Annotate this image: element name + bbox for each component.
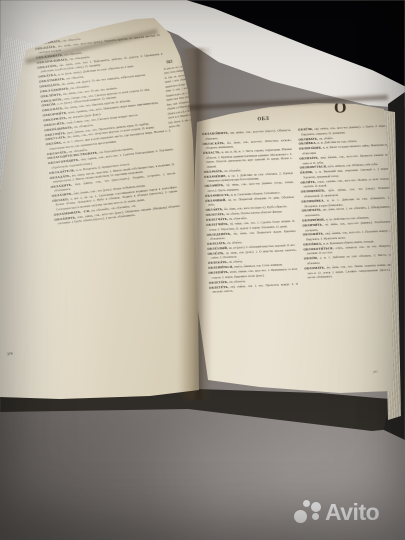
- entry-headword: ОБЛИВА́ТЬ,: [298, 136, 318, 141]
- dictionary-entry: ОБЛАДА́ТЕЛЬ, я, м. Владелец. О. прекрасн…: [49, 157, 175, 175]
- entry-body: а́ю, а́ешь, сов., кого-что (прост.). Гру…: [223, 204, 287, 211]
- dictionary-entry: ОБЛОЖИ́ТЬ, ожу́, о́жишь, сов., кого-что.…: [303, 229, 392, 242]
- entry-body: зу, зешь, сов. (разг.). 1. О шерсти, кра…: [211, 248, 297, 260]
- right-page-column-2: ОБЛЕ́ЧЬ, еку́, ечёшь, сов., кого-что (кн…: [298, 124, 394, 291]
- entry-body: см. благоде́тельствовать.: [98, 147, 134, 155]
- dictionary-entry: ОБКА́ТКА, и, ж. (нов. спец.). Действие п…: [38, 61, 164, 79]
- dictionary-entry: ОБЛЕНИ́ТЬСЯ, еню́сь, е́нишься, сов. Стат…: [208, 262, 297, 271]
- entry-headword: ОБКОРНА́ТЬ,: [43, 116, 67, 123]
- avito-logo-icon: [294, 499, 322, 526]
- entry-headword: ОБКЛА́ДЫВАТЬ,: [40, 86, 70, 93]
- entry-body: урю́, у́ришь, сов., что. Прокоптить дымо…: [66, 121, 149, 134]
- entry-body: я, ср. Действие по глаг. обличить.: [325, 215, 369, 221]
- dictionary-entry: ОБЛЕТА́ТЬ, см. облете́ть.: [209, 277, 298, 286]
- entry-body: а, мн. а́, о́в, ср. 1. Скопление сгустив…: [55, 185, 178, 212]
- page-number-left: 376: [7, 352, 13, 357]
- entry-headword: ОБЛИ́ВКА,: [299, 141, 317, 146]
- entry-headword: ОБКРА́ДЫВАТЬ,: [44, 125, 73, 132]
- entry-headword: ОБЛЕ́ЧЬ,: [298, 127, 314, 132]
- dictionary-entry: ОБЛИЧИ́ТЬ, чу́, чи́шь, сов., кого-что (к…: [302, 219, 391, 232]
- entry-body: см. обложи́ть.: [69, 84, 90, 90]
- entry-headword: ОБЛАГА́ТЬ,: [47, 150, 68, 156]
- entry-body: см. обкорми́ть.: [68, 55, 90, 61]
- entry-body: и, ж. (нов. спец.). Действие по глаг. об…: [57, 64, 134, 77]
- entry-headword: ОБЛОКОТИ́ТЬСЯ,: [303, 246, 333, 251]
- dictionary-entry: ОБЛА́ПИТЬ, плю, пишь, сов., кого-что (ра…: [54, 203, 180, 226]
- entry-headword: ОБЛАДА́ТЕЛЬ,: [49, 168, 76, 175]
- entry-headword: ОБЛАГОРО́ДИТЬ,: [48, 158, 80, 166]
- dictionary-entry: ОБКЛЕ́ИТЬ, е́ю, е́ишь, сов., что. То же,…: [40, 80, 166, 98]
- dictionary-entry: ОБЛЕГЧА́ТЬ, см. облегчи́ть.: [206, 214, 295, 223]
- entry-body: о́жу, о́дишь, сов., кого-что. 1. Сделать…: [51, 147, 173, 169]
- entry-body: очу́сь, о́тишься, сов., на что. Оперетьс…: [307, 243, 393, 255]
- dictionary-entry: ОБЛАСКА́ТЬ, а́ю, а́ешь, сов., кого-что. …: [202, 137, 291, 150]
- dictionary-entry: ОБЛИ́ВКА, и, ж. Действие по глаг. облить…: [299, 138, 388, 147]
- dictionary-entry: О́БЛАЧНОСТЬ, и, ж. Скопление облаков. Сп…: [205, 190, 294, 199]
- entry-body: а́ю, а́ешь, сов. (разг.). То же, что зак…: [61, 73, 146, 86]
- entry-headword: ОБЛИ́ТЬ,: [300, 180, 316, 185]
- entry-body: олю́, о́лешь, сов., что. Сколоть кругом,…: [63, 87, 150, 101]
- entry-body: ы, ж. 1. Охота, при к-рой окружают место…: [49, 129, 171, 151]
- entry-headword: ОБЛАДА́ТЬ,: [49, 173, 71, 179]
- entry-body: а́ю, а́ешь, сов., кого-что. Отнестись ла…: [206, 137, 292, 149]
- entry-headword: ОБКА́ТКА,: [38, 73, 57, 79]
- avito-wordmark: Avito: [325, 501, 379, 524]
- dictionary-entry: ОБЛИЧЕ́НИЕ, я, ср. Действие по глаг. обл…: [302, 214, 391, 223]
- entry-body: см. облете́ть.: [228, 279, 246, 284]
- entry-body: а́ю, а́ешь, сов., что. Откусить кругом, …: [66, 125, 154, 139]
- entry-body: см. обли́ть.: [318, 136, 333, 141]
- dictionary-entry: ОБЛИЦЕВА́ТЬ, цу́ю, цу́ешь, сов., что (сп…: [301, 186, 390, 199]
- entry-body: ая, ое (разг.). С облезшей шерстью, крас…: [228, 243, 295, 250]
- dictionary-entry: ОБКО́М, а, м. (нов.). Областной комитет.…: [41, 90, 167, 108]
- entry-body: а, м. (нов.). Областной комитет. О. парт…: [56, 95, 117, 106]
- entry-headword: ОБЛИЧЕ́НИЕ,: [302, 217, 325, 222]
- dictionary-entry: ОБКИДА́ТЬ, а́ю, а́ешь, сов. (разг.). То …: [39, 71, 165, 89]
- dictionary-entry: ОБКОСИ́ТЬ, ошу́, о́сишь, сов., что. Скос…: [43, 109, 169, 127]
- entry-headword: О́БЛИК,: [300, 170, 314, 175]
- dictionary-entry: ОБЛАГА́ТЬ, см. обложи́ть.: [47, 138, 173, 156]
- entry-headword: ОБЛОМА́ТЬ,: [304, 265, 325, 270]
- entry-body: а, м. Внешний вид, очертание. Светлый о.…: [303, 167, 389, 179]
- dictionary-entry: ОБЛИЧА́ТЬ, а́ю, а́ешь, несов. 1. см. обл…: [302, 205, 391, 218]
- dictionary-entry: ОБЛАДА́ТЬ, а́ю, а́ешь, несов., кем-чем. …: [49, 162, 175, 185]
- dictionary-entry: ОБЛАЧИ́ТЬ, чу́, чи́шь, сов., кого-что (к…: [204, 180, 293, 193]
- dictionary-entry: ОБЛО́ЖКА, и, ж. Бумажная обёртка книги, …: [303, 238, 392, 247]
- dictionary-entry: ОБЛО́М, а, м. 1. Действие по глаг. облом…: [304, 253, 393, 266]
- entry-body: плю, пишь, сов., кого-что (разг.). Обхва…: [58, 203, 180, 225]
- dictionary-entry: ОБЛАГОРО́ДИТЬ, о́жу, о́дишь, сов., кого-…: [48, 147, 174, 170]
- entry-body: см. обле́зть.: [226, 240, 242, 245]
- dictionary-entry: ОБЛОКОТИ́ТЬСЯ, очу́сь, о́тишься, сов., н…: [303, 243, 392, 256]
- dictionary-entry: О́БЛАКО, а, мн. а́, о́в, ср. 1. Скоплени…: [52, 185, 179, 212]
- entry-body: см. облома́ть, -ся, обломи́ть, -ся.: [90, 203, 136, 212]
- entry-headword: ОБКОЛО́ТЬ,: [41, 97, 63, 103]
- entry-body: а́ю, а́ешь, сов., что. Ломая, отделить к…: [307, 262, 393, 279]
- entry-body: см. корна́ть (разг. фам.).: [67, 112, 101, 120]
- entry-body: чу́, чи́шь, сов., кого-что (книжн.). Раз…: [305, 219, 391, 231]
- right-page-guide-word: ОБЛ: [257, 117, 269, 123]
- entry-body: я, м. Владелец. О. прекрасного голоса.: [75, 162, 130, 172]
- dictionary-entry: ОБЛЕ́ЗЛЫЙ, ая, ое (разг.). С облезшей ше…: [207, 243, 296, 252]
- dictionary-entry: ОБЛА́ВА, ы, ж. 1. Охота, при к-рой окруж…: [46, 129, 172, 152]
- entry-body: ожу́, о́жишь, сов., кого-что. 1. Положит…: [306, 229, 392, 241]
- entry-body: см. обколо́ть.: [61, 37, 81, 43]
- entry-body: еплю́, е́пишь, сов., кого-что. 1. Прилип…: [212, 267, 298, 279]
- entry-headword: ОБЛА́МЫВАТЬ, -СЯ,: [53, 209, 90, 217]
- entry-body: шу, шишь, сов., кого-что (прост.). Обман…: [205, 128, 291, 140]
- dictionary-entry: ОБЛИЦО́ВКА, и, ж. 1. Действие по глаг. о…: [301, 195, 390, 208]
- right-page-text: ОБЛ О ОБЛАПО́ШИТЬ, шу, шишь, сов., кого-…: [201, 101, 397, 295]
- dictionary-entry: ОБЛИГА́ЦИЯ, и, ж. Билет государственного…: [299, 143, 388, 156]
- dictionary-entry: ОБКУСА́ТЬ, а́ю, а́ешь, сов., что. Откуси…: [45, 124, 171, 142]
- entry-body: ая, ое. Покрытый облаками. О. день. Обла…: [208, 194, 294, 206]
- entry-body: а́ю, а́ешь, несов. 1. см. обличи́ть. 2. …: [305, 205, 391, 217]
- entry-headword: ОБКУСА́ТЬ,: [45, 135, 67, 141]
- dictionary-entry: ОБЛЕГА́ТЬ, см. обле́чь. Платье плотно об…: [206, 209, 295, 218]
- entry-body: см. обле́чь.: [228, 260, 243, 265]
- entry-headword: ОБЛА́ПИТЬ,: [54, 215, 76, 221]
- entry-headword: ОБКА́ТЫВАТЬ,: [39, 77, 66, 84]
- entry-headword: ОБЛИЧИ́ТЬ,: [302, 223, 323, 228]
- entry-headword: ОБКАТА́ТЬ,: [37, 63, 58, 69]
- dictionary-entry: ОБЛИЗНУ́ТЬСЯ, ну́сь, нёшься, сов. Облиза…: [300, 162, 389, 171]
- dictionary-entry: ОБЛЕКА́ТЬ, см. обле́чь.: [208, 257, 297, 266]
- entry-body: ошу́, о́сишь, сов., что. Скосить траву в…: [65, 113, 138, 125]
- entry-body: ечу́, ети́шь, сов. 1. что. Пролететь вок…: [212, 282, 298, 294]
- dictionary-entry: О́БЛАЧНЫЙ, ая, ое. Покрытый облаками. О.…: [205, 194, 294, 207]
- dictionary-entry: ОБКРА́ДЫВАТЬ, см. обокра́сть.: [44, 114, 170, 132]
- entry-headword: ОБКУРИ́ТЬ,: [45, 131, 67, 137]
- dictionary-entry: О́БЛИК, а, м. Внешний вид, очертание. Св…: [300, 167, 389, 180]
- dictionary-entry: ОБЛЕПИ́ТЬ, еплю́, е́пишь, сов., кого-что…: [208, 267, 297, 280]
- left-page-text: ОБК ОБКА́ЛЫВАТЬ, см. обколо́ть. ОБКАПА́Т…: [33, 16, 180, 227]
- right-page-column-1: ОБЛАПО́ШИТЬ, шу, шишь, сов., кого-что (п…: [202, 128, 298, 295]
- entry-headword: ОБЛОЖИ́ТЬ,: [303, 232, 324, 237]
- entry-body: млю́, о́рмишь, сов., кого. Накормить све…: [67, 101, 159, 115]
- dictionary-entry: ОБЛОМА́ТЬ, а́ю, а́ешь, сов., что. Ломая,…: [304, 262, 394, 280]
- entry-body: а́ю, а́ешь, сов., что. Окопать кругом. О…: [63, 99, 131, 111]
- entry-body: а́жу, а́дишь, сов., что (простореч.). Ул…: [54, 171, 176, 193]
- entry-body: и, ж. Действие по глаг. облить.: [317, 139, 358, 145]
- entry-body: чу́, чи́шь, сов., что. 1. Сделать более …: [209, 219, 295, 231]
- entry-headword: ОБКОПА́ТЬ,: [42, 106, 64, 112]
- entry-body: олью́, ольёшь, сов., кого-что. Полить со…: [304, 176, 390, 188]
- entry-headword: ОБЛАГОДЕ́ТЕЛЬСТВОВАТЬ,: [47, 151, 98, 161]
- dictionary-entry: ОБКОЛО́ТЬ, олю́, о́лешь, сов., что. Скол…: [41, 85, 167, 103]
- dictionary-entry: ОБЛЕ́ЧЬ, еку́, ечёшь, сов., кого-что (кн…: [298, 124, 387, 137]
- dictionary-entry: ОБКОРНА́ТЬ, см. корна́ть (разг. фам.).: [43, 104, 169, 122]
- dictionary-entry: ОБЛА́МЫВАТЬ, -СЯ, см. облома́ть, -ся, об…: [53, 199, 179, 217]
- dictionary-entry: ОБЛА́ДИТЬ, а́жу, а́дишь, сов., что (прос…: [50, 171, 176, 194]
- entry-body: чу́, чи́шь, сов., кого-что (книжн. устар…: [208, 180, 294, 192]
- entry-body: см. обложи́ть.: [67, 147, 88, 153]
- entry-headword: ОБЛО́ЖКА,: [303, 242, 322, 247]
- dictionary-entry: ОБЛАГОДЕ́ТЕЛЬСТВОВАТЬ, см. благоде́тельс…: [47, 143, 173, 161]
- dictionary-entry: ОБКОРМИ́ТЬ, млю́, о́рмишь, сов., кого. Н…: [42, 100, 168, 118]
- entry-body: а, м. 1. Действие по глаг. обломать. 2. …: [307, 253, 393, 265]
- entry-body: а́жу, а́зишь, сов., что (разг.). Лазая, …: [72, 184, 145, 196]
- entry-headword: ОБЛА́ДИТЬ,: [50, 182, 72, 188]
- dictionary-entry: ОБЛЕДЕНЕ́ТЬ, е́ю, е́ешь, сов. Покрыться …: [207, 228, 296, 241]
- entry-body: и, мн. и, е́й, ж. 1. Часть страны, терри…: [206, 147, 292, 169]
- page-number-right: 377: [373, 370, 378, 374]
- entry-body: е́ю, е́ишь, сов., что. То же, что окле́и…: [62, 86, 118, 96]
- entry-headword: О́БЛАКО,: [52, 197, 69, 203]
- entry-headword: ОБКОРМИ́ТЬ,: [42, 111, 67, 118]
- entry-body: см. обле́чь. Платье плотно облегает фигу…: [225, 210, 282, 217]
- entry-headword: ОБЛИЗА́ТЬ,: [299, 156, 319, 161]
- entry-headword: ОБЛА́ВА,: [46, 141, 63, 147]
- entry-headword: ОБЛИГА́ЦИЯ,: [299, 146, 322, 151]
- dictionary-entry: ОБЛИ́ТЬ, олью́, ольёшь, сов., кого-что. …: [300, 176, 389, 189]
- dictionary-entry: ОБКОПА́ТЬ, а́ю, а́ешь, сов., что. Окопат…: [42, 95, 168, 113]
- entry-body: и, ж. Билет государственного займа. Выиг…: [302, 143, 388, 155]
- entry-body: е́ю, е́ешь, сов. Покрыться льдом. Крыльц…: [210, 228, 296, 240]
- left-page-entries: ОБКА́ЛЫВАТЬ, см. обколо́ть. ОБКАПА́ТЬ, а…: [34, 28, 180, 226]
- entry-headword: ОБЛА́ЗИТЬ,: [51, 192, 73, 198]
- dictionary-entry: ОБЛАЧА́ТЬ, см. облачи́ть.: [204, 166, 293, 175]
- dictionary-entry: ОБЛА́ЗИТЬ, а́жу, а́зишь, сов., что (разг…: [51, 180, 177, 198]
- entry-headword: ОБЛИЦЕВА́ТЬ,: [301, 189, 326, 194]
- dictionary-entry: ОБЛЕ́ЗТЬ, зу, зешь, сов. (разг.). 1. О ш…: [207, 248, 296, 261]
- entry-body: см. облачи́ть.: [223, 168, 241, 173]
- entry-body: см. обката́ть.: [65, 75, 84, 81]
- entry-body: а́ю, а́ешь, несов., кем-чем. 1. Иметь св…: [53, 162, 175, 184]
- entry-headword: ОБЛО́М,: [304, 256, 318, 261]
- entry-body: ижу́, и́жешь, сов., кого-что. Провести я…: [302, 152, 388, 164]
- dictionary-entry: ОБЛАЧЕ́НИЕ, я, ср. 1. Действие по глаг. …: [204, 171, 293, 184]
- dictionary-entry: ОБЛЕЗА́ТЬ, см. обле́зть.: [207, 238, 296, 247]
- entry-headword: ОБКИДА́ТЬ,: [39, 82, 61, 88]
- book-gutter-shadow: [178, 48, 212, 400]
- entry-body: см. облегчи́ть.: [228, 216, 248, 221]
- entry-headword: ОБКО́М,: [41, 102, 56, 108]
- dictionary-entry: ОБЛЕГЧИ́ТЬ, чу́, чи́шь, сов., что. 1. Сд…: [206, 219, 295, 232]
- entry-headword: ОБЛИЦО́ВКА,: [301, 198, 325, 203]
- entry-body: еню́сь, е́нишься, сов. Стать ленивым.: [233, 263, 282, 269]
- dictionary-entry: ОБЛАПО́ШИТЬ, шу, шишь, сов., кого-что (п…: [202, 128, 291, 141]
- entry-body: и, ж. 1. Действие по глаг. облицевать. 2…: [304, 195, 390, 207]
- dictionary-entry: ОБЛЕТЕ́ТЬ, ечу́, ети́шь, сов. 1. что. Пр…: [209, 282, 298, 295]
- entry-body: еку́, ечёшь, сов., кого-что (книжн.). 1.…: [301, 124, 387, 136]
- entry-body: ну́сь, нёшься, сов. Облизать себе губы.: [327, 162, 378, 168]
- entry-headword: ОБКЛЕ́ИТЬ,: [40, 92, 62, 98]
- entry-body: цу́ю, цу́ешь, сов., что (спец.). Покрыть…: [304, 186, 390, 198]
- entry-headword: ОБЛИЧА́ТЬ,: [302, 208, 322, 213]
- entry-body: см. обокра́сть.: [73, 123, 94, 129]
- entry-headword: ОБКОСИ́ТЬ,: [43, 121, 65, 127]
- avito-watermark: Avito: [294, 499, 379, 526]
- entry-body: я, ср. 1. Действие по глаг. облачить. 2.…: [207, 171, 293, 183]
- book-photo: ОБК ОБКА́ЛЫВАТЬ, см. обколо́ть. ОБКАПА́Т…: [0, 0, 405, 540]
- dictionary-entry: ОБКЛА́ДЫВАТЬ, см. обложи́ть.: [40, 75, 166, 93]
- dictionary-entry: ОБЛИЗА́ТЬ, ижу́, и́жешь, сов., кого-что.…: [299, 152, 388, 165]
- entry-headword: ОБЛИЗНУ́ТЬСЯ,: [300, 165, 327, 170]
- entry-body: и, ж. Бумажная обёртка книги, тетради.: [322, 239, 374, 245]
- dictionary-entry: ОБЛА́ЯТЬ, а́ю, а́ешь, сов., кого-что (пр…: [205, 204, 294, 213]
- entry-body: и, ж. Скопление облаков. Сплошная о.: [230, 190, 281, 196]
- dictionary-entry: ОБЛИВА́ТЬ, см. обли́ть.: [298, 133, 387, 142]
- dictionary-entry: О́БЛАСТЬ, и, мн. и, е́й, ж. 1. Часть стр…: [203, 147, 293, 169]
- dictionary-entry: ОБКУРИ́ТЬ, урю́, у́ришь, сов., что. Прок…: [45, 119, 171, 137]
- dictionary-entry: ОБКА́ТЫВАТЬ, см. обката́ть.: [39, 66, 165, 84]
